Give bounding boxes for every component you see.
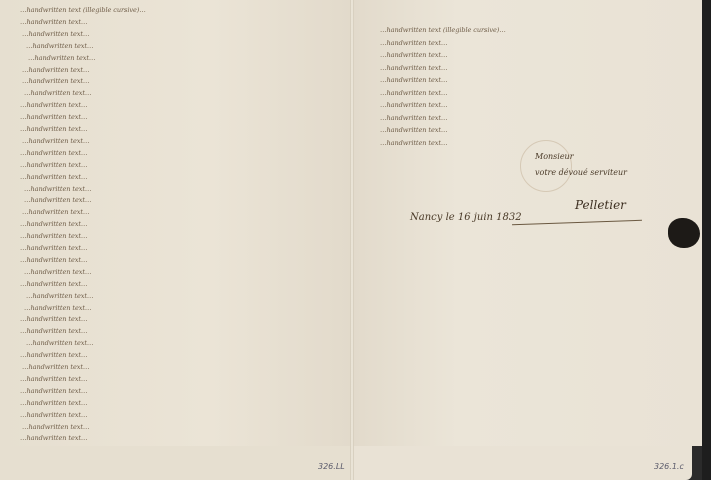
catalog-number-right: 326.1.c (654, 462, 684, 471)
handwritten-line: …handwritten text… (20, 113, 340, 121)
handwritten-line: …handwritten text… (20, 220, 340, 228)
closing: votre dévoué serviteur (535, 168, 627, 177)
handwritten-line: …handwritten text… (26, 42, 340, 50)
handwritten-line: …handwritten text… (24, 268, 340, 276)
handwritten-line: …handwritten text… (20, 101, 340, 109)
handwritten-line: …handwritten text… (380, 126, 690, 134)
handwritten-line: …handwritten text… (380, 39, 690, 47)
handwritten-line: …handwritten text (illegible cursive)… (20, 6, 340, 14)
letter-date: Nancy le 16 juin 1832 (410, 212, 522, 223)
handwritten-line: …handwritten text… (20, 280, 340, 288)
handwritten-line: …handwritten text… (20, 244, 340, 252)
handwritten-line: …handwritten text… (20, 399, 340, 407)
wax-seal-remnant (668, 218, 700, 248)
handwritten-line: …handwritten text… (26, 339, 340, 347)
handwritten-line: …handwritten text… (20, 434, 340, 442)
faded-stamp (520, 140, 572, 192)
handwritten-line: …handwritten text… (380, 114, 690, 122)
handwritten-line: …handwritten text… (22, 363, 340, 371)
handwritten-line: …handwritten text… (22, 423, 340, 431)
handwritten-line: …handwritten text… (20, 149, 340, 157)
handwritten-line: …handwritten text… (22, 66, 340, 74)
page-fold (350, 0, 354, 480)
handwritten-line: …handwritten text (illegible cursive)… (380, 26, 690, 34)
signature: Pelletier (575, 198, 626, 212)
scan-border (702, 0, 711, 480)
handwritten-line: …handwritten text… (20, 161, 340, 169)
handwritten-line: …handwritten text… (20, 411, 340, 419)
handwritten-line: …handwritten text… (20, 387, 340, 395)
handwritten-line: …handwritten text… (380, 76, 690, 84)
handwritten-line: …handwritten text… (20, 125, 340, 133)
handwritten-line: …handwritten text… (380, 51, 690, 59)
handwritten-line: …handwritten text… (380, 89, 690, 97)
handwritten-line: …handwritten text… (20, 375, 340, 383)
handwritten-line: …handwritten text… (26, 292, 340, 300)
handwritten-line: …handwritten text… (20, 173, 340, 181)
handwritten-line: …handwritten text… (20, 315, 340, 323)
catalog-number-left: 326.LL (318, 462, 345, 471)
handwritten-line: …handwritten text… (24, 304, 340, 312)
salutation: Monsieur (535, 152, 574, 161)
handwritten-line: …handwritten text… (22, 137, 340, 145)
handwritten-line: …handwritten text… (22, 208, 340, 216)
handwritten-line: …handwritten text… (20, 256, 340, 264)
handwritten-line: …handwritten text… (24, 185, 340, 193)
handwritten-line: …handwritten text… (20, 232, 340, 240)
handwritten-line: …handwritten text… (24, 89, 340, 97)
handwritten-line: …handwritten text… (20, 18, 340, 26)
handwritten-line: …handwritten text… (380, 101, 690, 109)
handwritten-line: …handwritten text… (20, 351, 340, 359)
handwritten-line: …handwritten text… (380, 64, 690, 72)
handwritten-line: …handwritten text… (22, 30, 340, 38)
handwritten-line: …handwritten text… (24, 196, 340, 204)
right-page-bottom (352, 446, 692, 480)
handwritten-line: …handwritten text… (20, 327, 340, 335)
handwritten-line: …handwritten text… (22, 77, 340, 85)
left-page-bottom (0, 446, 352, 480)
handwritten-line: …handwritten text… (28, 54, 340, 62)
